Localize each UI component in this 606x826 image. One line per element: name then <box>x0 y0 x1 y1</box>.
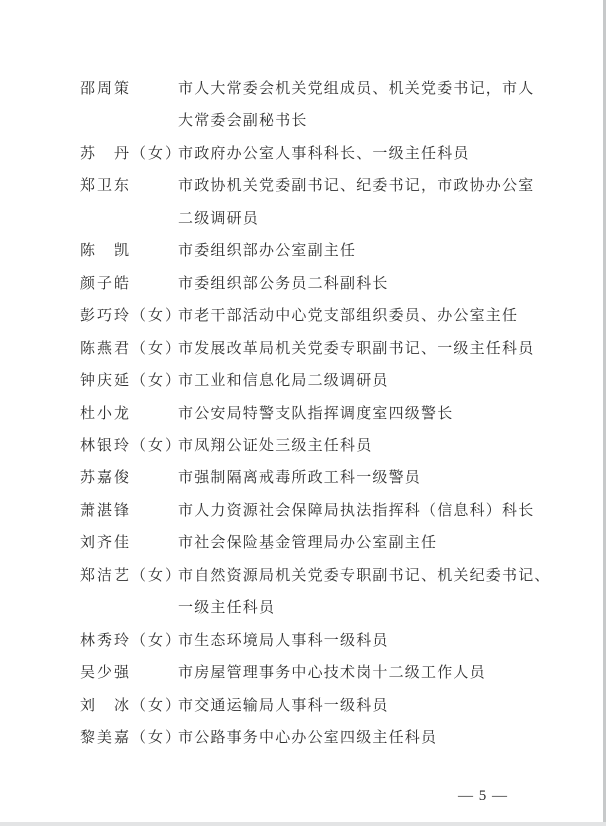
duty-line: 市自然资源局机关党委专职副书记、机关纪委书记、 <box>178 560 551 592</box>
duty-line: 市人力资源社会保障局执法指挥科（信息科）科长 <box>178 495 550 527</box>
roster-entry: 苏 丹（女） 市政府办公室人事科科长、一级主任科员 <box>80 138 550 170</box>
duty-line: 大常委会副秘书长 <box>178 105 550 137</box>
roster-entry: 林秀玲（女） 市生态环境局人事科一级科员 <box>80 625 550 657</box>
person-name: 黎美嘉（女） <box>80 722 178 754</box>
person-name: 彭巧玲（女） <box>80 300 178 332</box>
person-duty: 市自然资源局机关党委专职副书记、机关纪委书记、 一级主任科员 <box>178 560 551 625</box>
roster-entry: 颜子皓 市委组织部公务员二科副科长 <box>80 268 550 300</box>
person-duty: 市政协机关党委副书记、纪委书记，市政协办公室 二级调研员 <box>178 170 550 235</box>
person-name: 林银玲（女） <box>80 430 178 462</box>
person-duty: 市人大常委会机关党组成员、机关党委书记，市人 大常委会副秘书长 <box>178 73 550 138</box>
roster-entry: 苏嘉俊 市强制隔离戒毒所政工科一级警员 <box>80 462 550 494</box>
person-duty: 市发展改革局机关党委专职副书记、一级主任科员 <box>178 333 550 365</box>
roster-entry: 杜小龙 市公安局特警支队指挥调度室四级警长 <box>80 398 550 430</box>
person-duty: 市老干部活动中心党支部组织委员、办公室主任 <box>178 300 550 332</box>
person-name: 苏 丹（女） <box>80 138 178 170</box>
duty-line: 二级调研员 <box>178 203 550 235</box>
duty-line: 市政府办公室人事科科长、一级主任科员 <box>178 138 550 170</box>
roster-entry: 陈 凯 市委组织部办公室副主任 <box>80 235 550 267</box>
roster-entry: 刘 冰（女） 市交通运输局人事科一级科员 <box>80 690 550 722</box>
person-name: 杜小龙 <box>80 398 178 430</box>
person-duty: 市工业和信息化局二级调研员 <box>178 365 550 397</box>
person-name: 苏嘉俊 <box>80 462 178 494</box>
roster-entry: 钟庆延（女） 市工业和信息化局二级调研员 <box>80 365 550 397</box>
duty-line: 市凤翔公证处三级主任科员 <box>178 430 550 462</box>
duty-line: 市强制隔离戒毒所政工科一级警员 <box>178 462 550 494</box>
duty-line: 市生态环境局人事科一级科员 <box>178 625 550 657</box>
roster-entry: 邵周策 市人大常委会机关党组成员、机关党委书记，市人 大常委会副秘书长 <box>80 73 550 138</box>
roster-entry: 彭巧玲（女） 市老干部活动中心党支部组织委员、办公室主任 <box>80 300 550 332</box>
person-name: 刘齐佳 <box>80 527 178 559</box>
person-name: 郑洁艺（女） <box>80 560 178 592</box>
person-name: 钟庆延（女） <box>80 365 178 397</box>
document-page: 邵周策 市人大常委会机关党组成员、机关党委书记，市人 大常委会副秘书长 苏 丹（… <box>0 0 606 826</box>
duty-line: 一级主任科员 <box>178 592 551 624</box>
duty-line: 市交通运输局人事科一级科员 <box>178 690 550 722</box>
duty-line: 市委组织部公务员二科副科长 <box>178 268 550 300</box>
person-duty: 市房屋管理事务中心技术岗十二级工作人员 <box>178 657 550 689</box>
person-name: 刘 冰（女） <box>80 690 178 722</box>
duty-line: 市老干部活动中心党支部组织委员、办公室主任 <box>178 300 550 332</box>
roster-entry: 刘齐佳 市社会保险基金管理局办公室副主任 <box>80 527 550 559</box>
roster-entry: 萧湛锋 市人力资源社会保障局执法指挥科（信息科）科长 <box>80 495 550 527</box>
duty-line: 市公安局特警支队指挥调度室四级警长 <box>178 398 550 430</box>
personnel-roster: 邵周策 市人大常委会机关党组成员、机关党委书记，市人 大常委会副秘书长 苏 丹（… <box>80 73 550 755</box>
person-name: 陈 凯 <box>80 235 178 267</box>
person-duty: 市公安局特警支队指挥调度室四级警长 <box>178 398 550 430</box>
roster-entry: 黎美嘉（女） 市公路事务中心办公室四级主任科员 <box>80 722 550 754</box>
duty-line: 市发展改革局机关党委专职副书记、一级主任科员 <box>178 333 550 365</box>
person-duty: 市生态环境局人事科一级科员 <box>178 625 550 657</box>
person-duty: 市强制隔离戒毒所政工科一级警员 <box>178 462 550 494</box>
duty-line: 市工业和信息化局二级调研员 <box>178 365 550 397</box>
duty-line: 市房屋管理事务中心技术岗十二级工作人员 <box>178 657 550 689</box>
duty-line: 市人大常委会机关党组成员、机关党委书记，市人 <box>178 73 550 105</box>
person-name: 吴少强 <box>80 657 178 689</box>
person-name: 萧湛锋 <box>80 495 178 527</box>
person-duty: 市公路事务中心办公室四级主任科员 <box>178 722 550 754</box>
page-number: — 5 — <box>458 788 508 805</box>
duty-line: 市公路事务中心办公室四级主任科员 <box>178 722 550 754</box>
person-name: 邵周策 <box>80 73 178 105</box>
roster-entry: 郑洁艺（女） 市自然资源局机关党委专职副书记、机关纪委书记、 一级主任科员 <box>80 560 550 625</box>
person-duty: 市委组织部公务员二科副科长 <box>178 268 550 300</box>
person-duty: 市凤翔公证处三级主任科员 <box>178 430 550 462</box>
person-name: 林秀玲（女） <box>80 625 178 657</box>
person-duty: 市委组织部办公室副主任 <box>178 235 550 267</box>
person-name: 颜子皓 <box>80 268 178 300</box>
person-name: 郑卫东 <box>80 170 178 202</box>
duty-line: 市政协机关党委副书记、纪委书记，市政协办公室 <box>178 170 550 202</box>
roster-entry: 林银玲（女） 市凤翔公证处三级主任科员 <box>80 430 550 462</box>
duty-line: 市委组织部办公室副主任 <box>178 235 550 267</box>
person-name: 陈燕君（女） <box>80 333 178 365</box>
scan-edge-bottom <box>0 822 606 826</box>
person-duty: 市政府办公室人事科科长、一级主任科员 <box>178 138 550 170</box>
person-duty: 市人力资源社会保障局执法指挥科（信息科）科长 <box>178 495 550 527</box>
roster-entry: 吴少强 市房屋管理事务中心技术岗十二级工作人员 <box>80 657 550 689</box>
duty-line: 市社会保险基金管理局办公室副主任 <box>178 527 550 559</box>
person-duty: 市交通运输局人事科一级科员 <box>178 690 550 722</box>
roster-entry: 陈燕君（女） 市发展改革局机关党委专职副书记、一级主任科员 <box>80 333 550 365</box>
roster-entry: 郑卫东 市政协机关党委副书记、纪委书记，市政协办公室 二级调研员 <box>80 170 550 235</box>
person-duty: 市社会保险基金管理局办公室副主任 <box>178 527 550 559</box>
